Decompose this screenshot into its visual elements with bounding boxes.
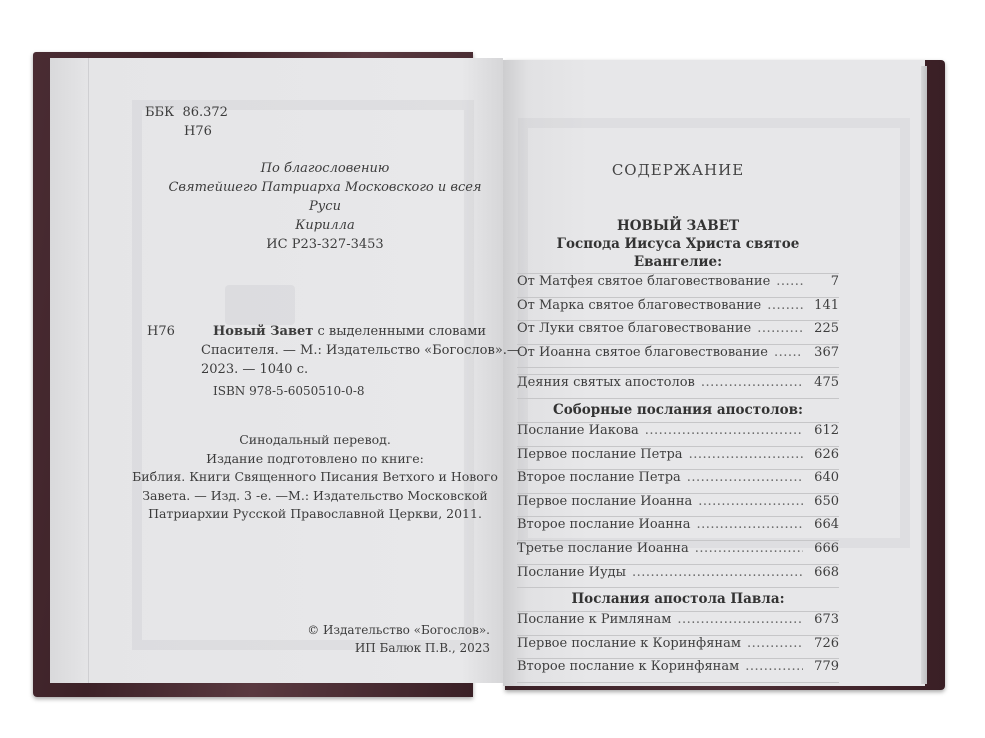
toc-label: Третье послание Иоанна: [517, 541, 689, 556]
toc-label: От Луки святое благовествование: [517, 321, 751, 336]
toc-label: От Иоанна святое благовествование: [517, 345, 768, 360]
copyright-line-2: ИП Балюк П.В., 2023: [300, 639, 490, 657]
toc-page-number: 666: [809, 541, 839, 556]
source-note-line-4: Завета. — Изд. 3 -е. —М.: Издательство М…: [130, 487, 500, 506]
toc-label: Послание к Римлянам: [517, 612, 671, 627]
source-note-line-2: Издание подготовлено по книге:: [130, 450, 500, 469]
toc-heading-new-testament: НОВЫЙ ЗАВЕТ: [517, 217, 839, 235]
source-note-line-1: Синодальный перевод.: [130, 431, 500, 450]
catalog-line-1: с выделенными словами: [313, 324, 486, 339]
copyright-line-1: © Издательство «Богослов».: [300, 621, 490, 639]
bbk-label: ББК: [145, 105, 174, 120]
toc-row[interactable]: От Матфея святое благовествование7: [517, 273, 839, 297]
toc-row[interactable]: Послание Иакова612: [517, 422, 839, 446]
source-note-line-5: Патриархии Русской Православной Церкви, …: [130, 505, 500, 524]
toc-leader-dots: [698, 494, 803, 509]
toc-page-number: 367: [809, 345, 839, 360]
toc-row[interactable]: От Иоанна святое благовествование367: [517, 344, 839, 369]
toc-label: Второе послание к Коринфянам: [517, 659, 739, 674]
toc-leader-dots: [747, 636, 803, 651]
bbk-block: ББК 86.372: [145, 103, 228, 122]
copyright-block: © Издательство «Богослов». ИП Балюк П.В.…: [300, 621, 490, 657]
toc-heading-catholic-epistles: Соборные послания апостолов:: [517, 401, 839, 419]
toc-leader-dots: [632, 565, 803, 580]
blessing-line-3: Кирилла: [160, 216, 490, 235]
toc-page-number: 626: [809, 447, 839, 462]
toc-page-number: 141: [809, 298, 839, 313]
toc-row[interactable]: Послание к Римлянам673: [517, 611, 839, 635]
blessing-block: По благословению Святейшего Патриарха Мо…: [160, 159, 490, 254]
toc-label: Первое послание Иоанна: [517, 494, 692, 509]
source-note: Синодальный перевод. Издание подготовлен…: [130, 431, 500, 524]
toc-label: Первое послание к Коринфянам: [517, 636, 741, 651]
toc-row-acts[interactable]: Деяния святых апостолов 475: [517, 374, 839, 399]
toc-label: Деяния святых апостолов: [517, 375, 695, 390]
toc-catholic-epistles-list: Послание Иакова612Первое послание Петра6…: [517, 422, 839, 588]
toc-row[interactable]: Третье послание Иоанна666: [517, 540, 839, 564]
toc-heading-gospels: Господа Иисуса Христа святое Евангелие:: [517, 235, 839, 271]
toc-label: Второе послание Иоанна: [517, 517, 690, 532]
toc-leader-dots: [687, 470, 803, 485]
blessing-code: ИС Р23-327-3453: [160, 235, 490, 254]
toc-page-number: 650: [809, 494, 839, 509]
blessing-line-1: По благословению: [160, 159, 490, 178]
isbn: ISBN 978-5-6050510-0-8: [213, 382, 493, 401]
toc-leader-dots: [701, 375, 803, 390]
toc-label: Второе послание Петра: [517, 470, 681, 485]
toc-label: Послание Иуды: [517, 565, 626, 580]
toc-row[interactable]: От Марка святое благовествование141: [517, 297, 839, 321]
toc-leader-dots: [695, 541, 803, 556]
table-of-contents: СОДЕРЖАНИЕ НОВЫЙ ЗАВЕТ Господа Иисуса Хр…: [517, 161, 839, 683]
blessing-line-2: Святейшего Патриарха Московского и всея …: [160, 178, 490, 216]
toc-title: СОДЕРЖАНИЕ: [517, 161, 839, 179]
toc-label: Послание Иакова: [517, 423, 639, 438]
toc-page-number: 726: [809, 636, 839, 651]
toc-page-number: 7: [809, 274, 839, 289]
toc-leader-dots: [776, 274, 803, 289]
toc-page-number: 668: [809, 565, 839, 580]
toc-row[interactable]: Второе послание к Коринфянам779: [517, 658, 839, 683]
toc-leader-dots: [689, 447, 803, 462]
author-mark: Н76: [184, 122, 212, 141]
toc-row[interactable]: Первое послание Иоанна650: [517, 493, 839, 517]
toc-page-number: 664: [809, 517, 839, 532]
catalog-entry: Новый Завет с выделенными словами Спасит…: [213, 322, 493, 401]
toc-label: Первое послание Петра: [517, 447, 683, 462]
toc-pauline-epistles-list: Послание к Римлянам673Первое послание к …: [517, 611, 839, 683]
toc-row[interactable]: Первое послание к Коринфянам726: [517, 635, 839, 659]
toc-leader-dots: [767, 298, 803, 313]
toc-heading-pauline-epistles: Послания апостола Павла:: [517, 590, 839, 608]
toc-label: От Матфея святое благовествование: [517, 274, 770, 289]
toc-row[interactable]: Второе послание Иоанна664: [517, 516, 839, 540]
toc-leader-dots: [696, 517, 803, 532]
toc-row[interactable]: От Луки святое благовествование225: [517, 320, 839, 344]
toc-row[interactable]: Первое послание Петра626: [517, 446, 839, 470]
bleed-through-title: [225, 285, 295, 325]
source-note-line-3: Библия. Книги Священного Писания Ветхого…: [130, 468, 500, 487]
toc-label: От Марка святое благовествование: [517, 298, 761, 313]
toc-row[interactable]: Второе послание Петра640: [517, 469, 839, 493]
toc-leader-dots: [677, 612, 803, 627]
book-title: Новый Завет: [213, 324, 313, 339]
catalog-line-2: Спасителя. — М.: Издательство «Богослов»…: [201, 341, 493, 360]
toc-page-number: 612: [809, 423, 839, 438]
bbk-code: 86.372: [182, 105, 228, 120]
toc-leader-dots: [757, 321, 803, 336]
toc-page-number: 475: [809, 375, 839, 390]
toc-leader-dots: [645, 423, 803, 438]
toc-page-number: 640: [809, 470, 839, 485]
toc-page-number: 779: [809, 659, 839, 674]
right-page-edge: [921, 66, 927, 684]
toc-page-number: 225: [809, 321, 839, 336]
toc-page-number: 673: [809, 612, 839, 627]
toc-row[interactable]: Послание Иуды668: [517, 564, 839, 589]
catalog-mark: Н76: [147, 322, 175, 341]
toc-leader-dots: [774, 345, 803, 360]
catalog-line-3: 2023. — 1040 с.: [201, 360, 493, 379]
toc-gospels-list: От Матфея святое благовествование7От Мар…: [517, 273, 839, 368]
toc-leader-dots: [745, 659, 803, 674]
